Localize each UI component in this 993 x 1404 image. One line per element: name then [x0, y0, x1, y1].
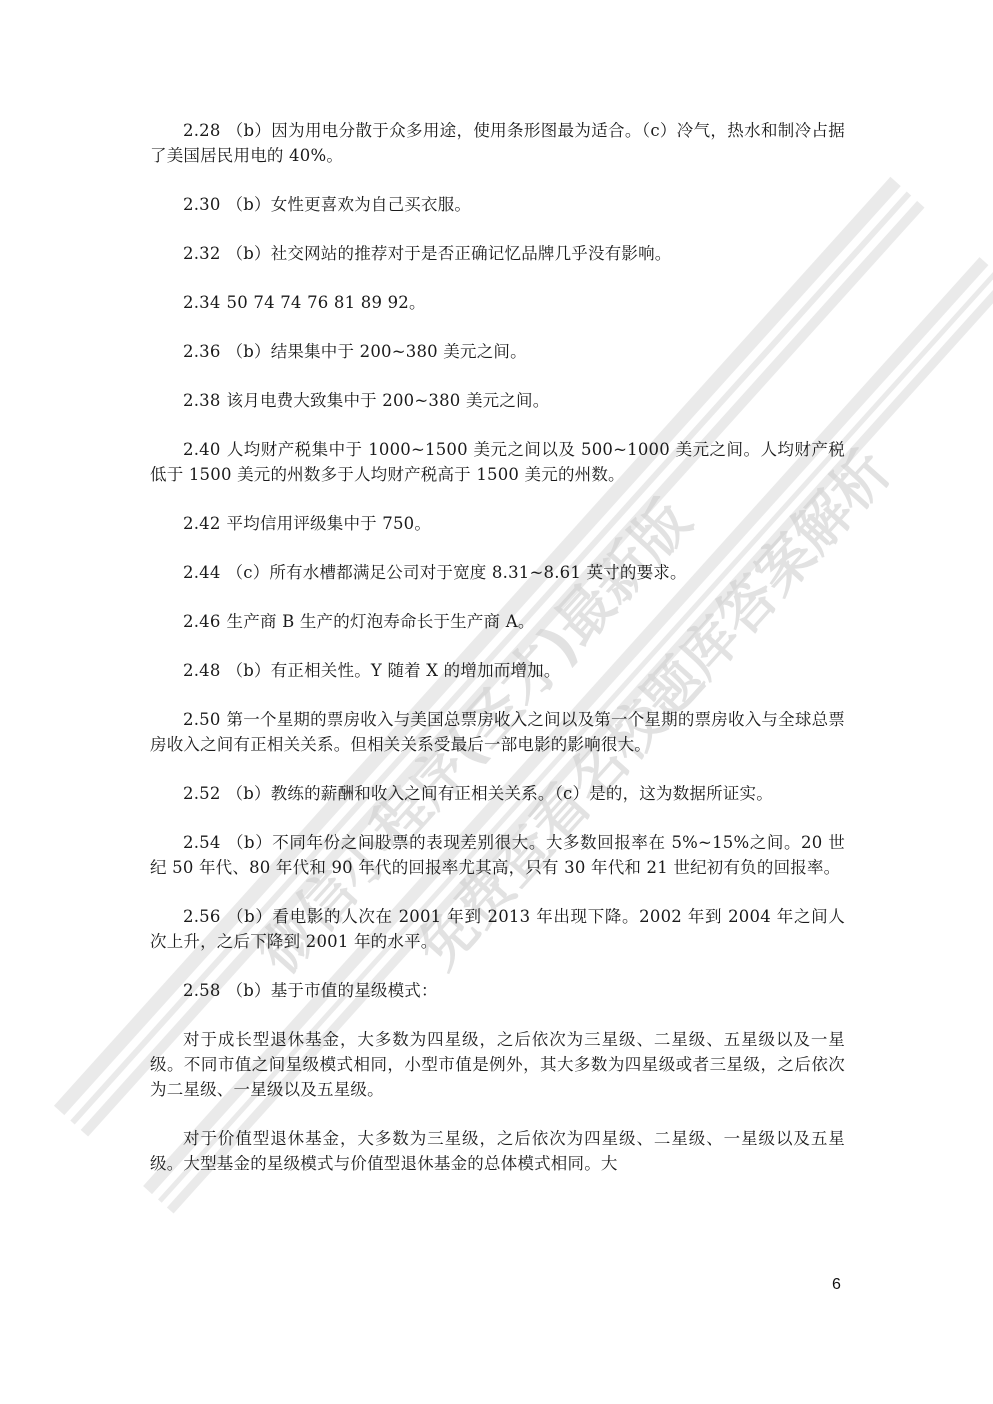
item-text: 该月电费大致集中于 200~380 美元之间。: [227, 391, 550, 410]
answer-2-28: 2.28（b）因为用电分散于众多用途，使用条形图最为适合。（c）冷气，热水和制冷…: [150, 118, 845, 168]
answer-2-40: 2.40人均财产税集中于 1000~1500 美元之间以及 500~1000 美…: [150, 437, 845, 487]
page-number: 6: [832, 1276, 841, 1294]
item-text: （b）因为用电分散于众多用途，使用条形图最为适合。（c）冷气，热水和制冷占据了美…: [150, 121, 845, 165]
item-number: 2.30: [183, 195, 221, 214]
item-number: 2.44: [183, 563, 221, 582]
item-number: 2.50: [183, 710, 221, 729]
item-text: （b）不同年份之间股票的表现差别很大。大多数回报率在 5%~15%之间。20 世…: [150, 833, 845, 877]
value-funds-paragraph: 对于价值型退休基金，大多数为三星级，之后依次为四星级、二星级、一星级以及五星级。…: [150, 1126, 845, 1176]
item-number: 2.52: [183, 784, 221, 803]
item-number: 2.36: [183, 342, 221, 361]
item-number: 2.40: [183, 440, 221, 459]
item-number: 2.34: [183, 293, 221, 312]
answer-2-54: 2.54（b）不同年份之间股票的表现差别很大。大多数回报率在 5%~15%之间。…: [150, 830, 845, 880]
item-text: 对于价值型退休基金，大多数为三星级，之后依次为四星级、二星级、一星级以及五星级。…: [150, 1129, 845, 1173]
item-text: （b）女性更喜欢为自己买衣服。: [227, 195, 472, 214]
item-text: （b）教练的薪酬和收入之间有正相关关系。（c）是的，这为数据所证实。: [227, 784, 773, 803]
answer-2-48: 2.48（b）有正相关性。Y 随着 X 的增加而增加。: [150, 658, 845, 683]
item-text: 对于成长型退休基金，大多数为四星级，之后依次为三星级、二星级、五星级以及一星级。…: [150, 1030, 845, 1099]
answer-2-44: 2.44（c）所有水槽都满足公司对于宽度 8.31~8.61 英寸的要求。: [150, 560, 845, 585]
item-text: （c）所有水槽都满足公司对于宽度 8.31~8.61 英寸的要求。: [227, 563, 687, 582]
item-text: 人均财产税集中于 1000~1500 美元之间以及 500~1000 美元之间。…: [150, 440, 845, 484]
item-text: 生产商 B 生产的灯泡寿命长于生产商 A。: [227, 612, 535, 631]
item-number: 2.56: [183, 907, 221, 926]
item-text: 第一个星期的票房收入与美国总票房收入之间以及第一个星期的票房收入与全球总票房收入…: [150, 710, 845, 754]
answer-2-34: 2.3450 74 74 76 81 89 92。: [150, 290, 845, 315]
answer-2-46: 2.46生产商 B 生产的灯泡寿命长于生产商 A。: [150, 609, 845, 634]
item-number: 2.38: [183, 391, 221, 410]
answer-2-30: 2.30（b）女性更喜欢为自己买衣服。: [150, 192, 845, 217]
item-number: 2.46: [183, 612, 221, 631]
answer-2-42: 2.42平均信用评级集中于 750。: [150, 511, 845, 536]
growth-funds-paragraph: 对于成长型退休基金，大多数为四星级，之后依次为三星级、二星级、五星级以及一星级。…: [150, 1027, 845, 1102]
item-text: 平均信用评级集中于 750。: [227, 514, 432, 533]
answer-2-56: 2.56（b）看电影的人次在 2001 年到 2013 年出现下降。2002 年…: [150, 904, 845, 954]
answer-2-36: 2.36（b）结果集中于 200~380 美元之间。: [150, 339, 845, 364]
item-text: （b）看电影的人次在 2001 年到 2013 年出现下降。2002 年到 20…: [150, 907, 845, 951]
item-number: 2.58: [183, 981, 221, 1000]
item-number: 2.28: [183, 121, 221, 140]
document-body: 2.28（b）因为用电分散于众多用途，使用条形图最为适合。（c）冷气，热水和制冷…: [150, 118, 845, 1200]
answer-2-58: 2.58（b）基于市值的星级模式：: [150, 978, 845, 1003]
answer-2-38: 2.38该月电费大致集中于 200~380 美元之间。: [150, 388, 845, 413]
item-number: 2.54: [183, 833, 221, 852]
answer-2-32: 2.32（b）社交网站的推荐对于是否正确记忆品牌几乎没有影响。: [150, 241, 845, 266]
item-text: （b）结果集中于 200~380 美元之间。: [227, 342, 527, 361]
item-number: 2.48: [183, 661, 221, 680]
answer-2-52: 2.52（b）教练的薪酬和收入之间有正相关关系。（c）是的，这为数据所证实。: [150, 781, 845, 806]
item-text: （b）基于市值的星级模式：: [227, 981, 438, 1000]
item-number: 2.42: [183, 514, 221, 533]
item-text: （b）有正相关性。Y 随着 X 的增加而增加。: [227, 661, 561, 680]
item-text: 50 74 74 76 81 89 92。: [227, 293, 426, 312]
item-number: 2.32: [183, 244, 221, 263]
answer-2-50: 2.50第一个星期的票房收入与美国总票房收入之间以及第一个星期的票房收入与全球总…: [150, 707, 845, 757]
item-text: （b）社交网站的推荐对于是否正确记忆品牌几乎没有影响。: [227, 244, 672, 263]
